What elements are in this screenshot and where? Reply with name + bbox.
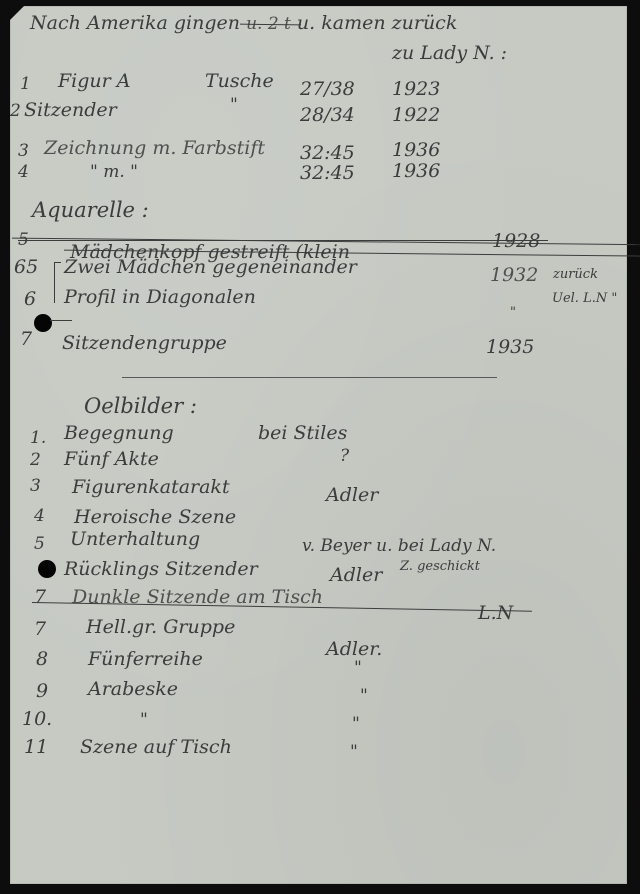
drawing-num: 1 [20, 76, 31, 93]
oel-num-struck: 7 [34, 588, 46, 607]
oelbilder-heading: Oelbilder : [84, 396, 197, 417]
oel-title: Szene auf Tisch [80, 738, 232, 757]
aquarelle-year-struck: 1928 [492, 232, 540, 251]
oel-title: Begegnung [64, 424, 174, 443]
oel-note: " [360, 688, 368, 705]
oel-note: v. Beyer u. bei Lady N. [302, 538, 496, 555]
aquarelle-title: Zwei Mädchen gegeneinander [64, 258, 357, 277]
drawing-num: 3 [18, 143, 29, 160]
punch-hole [34, 314, 52, 332]
oel-note: Adler [326, 486, 378, 505]
oel-title: " [140, 712, 148, 729]
aquarelle-note: zurück [553, 268, 598, 281]
header-line-1: Nach Amerika gingen u. 2 t u. kamen zurü… [30, 14, 457, 33]
oel-note: " [350, 744, 358, 761]
aquarelle-year: " [510, 306, 516, 319]
oel-title: Hell.gr. Gruppe [86, 618, 235, 637]
drawing-year: 1922 [392, 106, 440, 125]
drawing-medium: " [230, 97, 238, 114]
drawing-medium: Tusche [205, 72, 274, 91]
header-struck: u. 2 t [246, 14, 291, 34]
drawing-title: " m. " [90, 164, 138, 181]
oel-title: Fünf Akte [64, 450, 159, 469]
aquarelle-num: 65 [14, 258, 38, 277]
drawing-year: 1936 [392, 162, 440, 181]
aquarelle-year: 1935 [486, 338, 534, 357]
torn-corner [10, 6, 24, 20]
oel-title: Fünferreihe [88, 650, 203, 669]
oel-note-struck: L.N [478, 604, 513, 623]
drawing-size: 32:45 [300, 164, 355, 183]
aquarelle-title: Sitzendengruppe [62, 334, 227, 353]
drawing-size: 27/38 [300, 80, 355, 99]
aquarelle-year: 1932 [490, 266, 538, 285]
oel-note: " [352, 716, 360, 733]
oel-note: Adler. [326, 640, 382, 659]
drawing-num: 4 [18, 164, 29, 181]
drawing-year: 1936 [392, 141, 440, 160]
oel-title: Rücklings Sitzender [64, 560, 258, 579]
aquarelle-num: 7 [20, 330, 32, 349]
oel-num: 11 [24, 738, 48, 757]
oel-num: 7 [34, 620, 46, 639]
oel-num: 4 [34, 508, 45, 525]
strikethrough-line [18, 240, 548, 241]
drawing-size: 28/34 [300, 106, 355, 125]
oel-note: Adler [330, 566, 382, 585]
oel-title: Figurenkatarakt [72, 478, 230, 497]
bracket-mark [54, 262, 61, 303]
drawing-num: 2 [10, 103, 21, 120]
drawing-title: Figur A [58, 72, 131, 91]
header-line-2: zu Lady N. : [392, 44, 507, 63]
oel-num: 9 [36, 682, 48, 701]
drawing-title: Sitzender [24, 101, 117, 120]
oel-note: bei Stiles [258, 424, 347, 443]
drawing-size: 32:45 [300, 144, 355, 163]
aquarelle-num: 6 [24, 290, 36, 309]
drawing-title: Zeichnung m. Farbstift [44, 139, 265, 158]
dash-mark [50, 320, 72, 321]
oel-num: 8 [36, 650, 48, 669]
oel-num: 1. [30, 430, 46, 447]
section-divider [122, 377, 497, 378]
oel-title: Heroische Szene [74, 508, 236, 527]
oel-note: " [354, 660, 362, 677]
header-suffix: u. kamen zurück [297, 12, 457, 34]
header-prefix: Nach Amerika gingen [30, 12, 240, 34]
punch-hole [38, 560, 56, 578]
oel-title: Arabeske [88, 680, 178, 699]
oel-note: ? [340, 448, 349, 465]
oel-note-secondary: Z. geschickt [400, 560, 480, 573]
aquarelle-note: Uel. L.N " [552, 292, 617, 305]
oel-num: 3 [30, 478, 41, 495]
oel-num: 2 [30, 452, 41, 469]
aquarelle-title: Profil in Diagonalen [64, 288, 256, 307]
drawing-year: 1923 [392, 80, 440, 99]
aquarelle-heading: Aquarelle : [32, 200, 149, 221]
oel-title: Unterhaltung [70, 530, 200, 549]
oel-num: 5 [34, 536, 45, 553]
oel-num: 10. [22, 710, 52, 729]
